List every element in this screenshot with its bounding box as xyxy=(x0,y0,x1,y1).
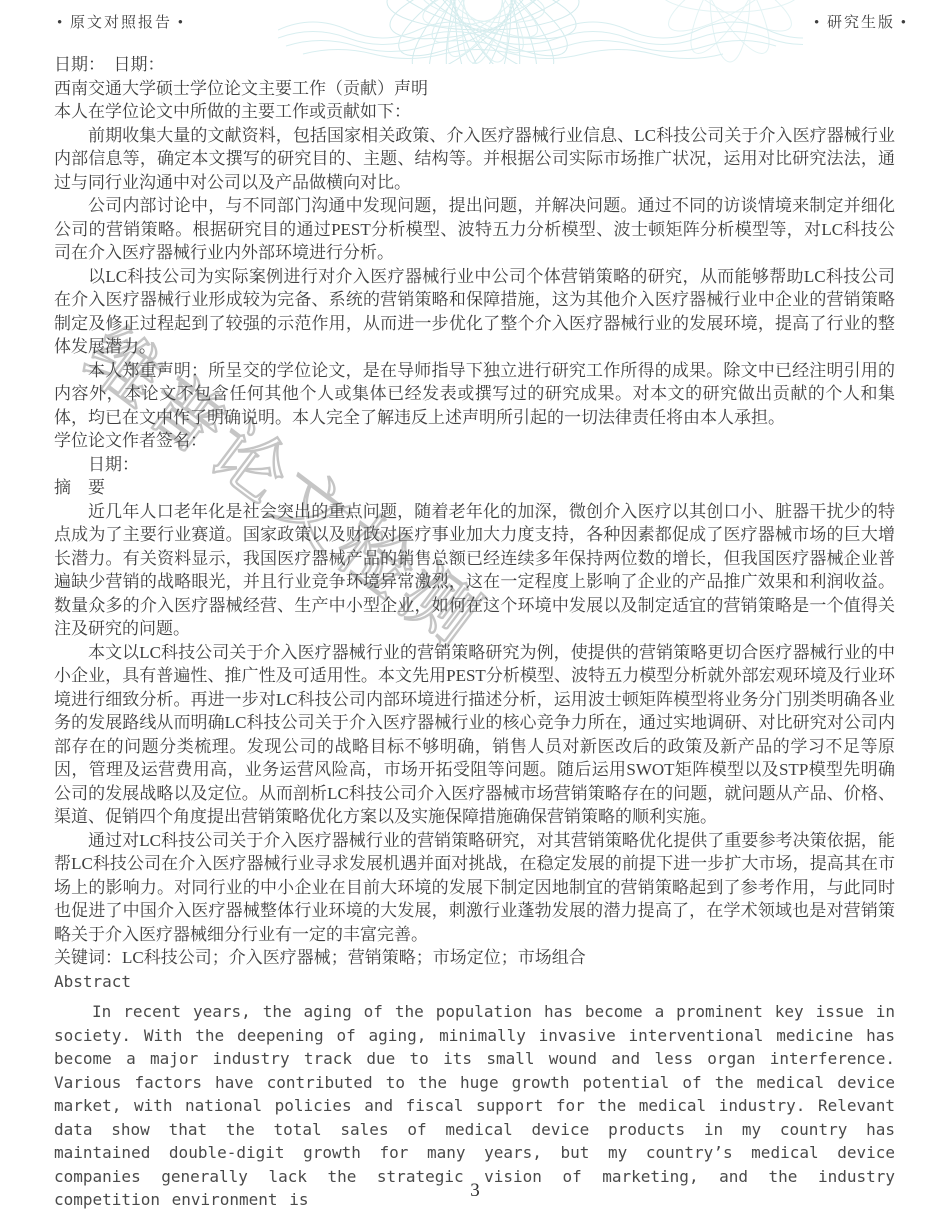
paragraph-6: 本人郑重声明：所呈交的学位论文，是在导师指导下独立进行研究工作所得的成果。除文中… xyxy=(54,359,895,430)
header-left-label: • 原文对照报告 • xyxy=(57,11,185,32)
paragraph-5: 以LC科技公司为实际案例进行对介入医疗器械行业中公司个体营销策略的研究，从而能够… xyxy=(54,265,895,359)
paragraph-13: 关键词：LC科技公司；介入医疗器械；营销策略；市场定位；市场组合 xyxy=(54,946,895,970)
paragraph-2: 本人在学位论文中所做的主要工作或贡献如下： xyxy=(54,100,895,124)
header-right-label: • 研究生版 • xyxy=(814,11,908,32)
paragraph-1: 西南交通大学硕士学位论文主要工作（贡献）声明 xyxy=(54,77,895,101)
document-body: 日期： 日期：西南交通大学硕士学位论文主要工作（贡献）声明本人在学位论文中所做的… xyxy=(54,53,895,1212)
paragraph-9: 摘 要 xyxy=(54,476,895,500)
paragraph-4: 公司内部讨论中，与不同部门沟通中发现问题，提出问题，并解决问题。通过不同的访谈情… xyxy=(54,194,895,265)
report-page: { "colors": { "ink": "#3f3f3f", "guilloc… xyxy=(0,0,950,1230)
paragraph-3: 前期收集大量的文献资料，包括国家相关政策、介入医疗器械行业信息、LC科技公司关于… xyxy=(54,124,895,195)
paragraph-14: Abstract xyxy=(54,970,895,994)
paragraph-0: 日期： 日期： xyxy=(54,53,895,77)
paragraph-7: 学位论文作者签名： xyxy=(54,429,895,453)
paragraph-10: 近几年人口老年化是社会突出的重点问题，随着老年化的加深，微创介入医疗以其创口小、… xyxy=(54,500,895,641)
paragraph-12: 通过对LC科技公司关于介入医疗器械行业的营销策略研究，对其营销策略优化提供了重要… xyxy=(54,829,895,947)
paragraph-8: 日期： xyxy=(54,453,895,477)
page-number: 3 xyxy=(0,1180,950,1202)
paragraph-11: 本文以LC科技公司关于介入医疗器械行业的营销策略研究为例，使提供的营销策略更切合… xyxy=(54,641,895,829)
